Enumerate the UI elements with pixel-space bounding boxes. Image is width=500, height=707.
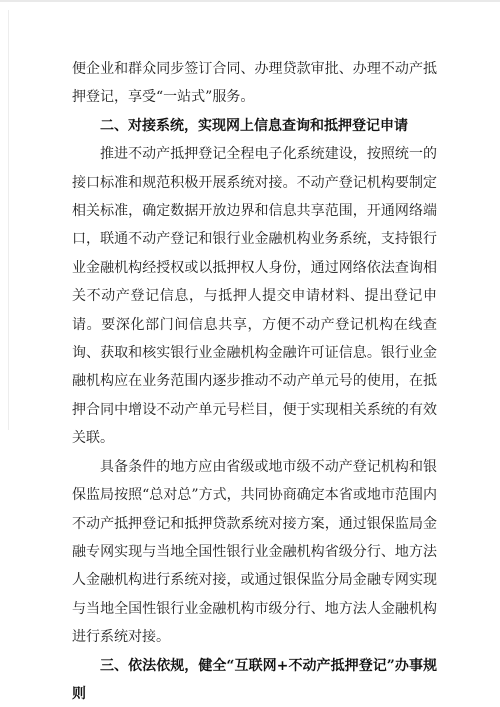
paragraph-body-2: 具备条件的地方应由省级或地市级不动产登记机构和银保监局按照“总对总”方式，共同协… bbox=[72, 453, 437, 652]
section-heading-2: 二、对接系统，实现网上信息查询和抵押登记申请 bbox=[72, 112, 437, 140]
document-page: 便企业和群众同步签订合同、办理贷款审批、办理不动产抵押登记，享受“一站式”服务。… bbox=[0, 0, 500, 707]
scan-edge-top-line bbox=[0, 0, 500, 2]
text-column: 便企业和群众同步签订合同、办理贷款审批、办理不动产抵押登记，享受“一站式”服务。… bbox=[72, 55, 437, 707]
paragraph-continuation: 便企业和群众同步签订合同、办理贷款审批、办理不动产抵押登记，享受“一站式”服务。 bbox=[72, 55, 437, 112]
section-heading-3: 三、依法依规，健全“互联网+不动产抵押登记”办事规则 bbox=[72, 652, 437, 707]
scan-edge-left-line bbox=[8, 10, 9, 430]
paragraph-body-1: 推进不动产抵押登记全程电子化系统建设，按照统一的接口标准和规范积极开展系统对接。… bbox=[72, 140, 437, 452]
